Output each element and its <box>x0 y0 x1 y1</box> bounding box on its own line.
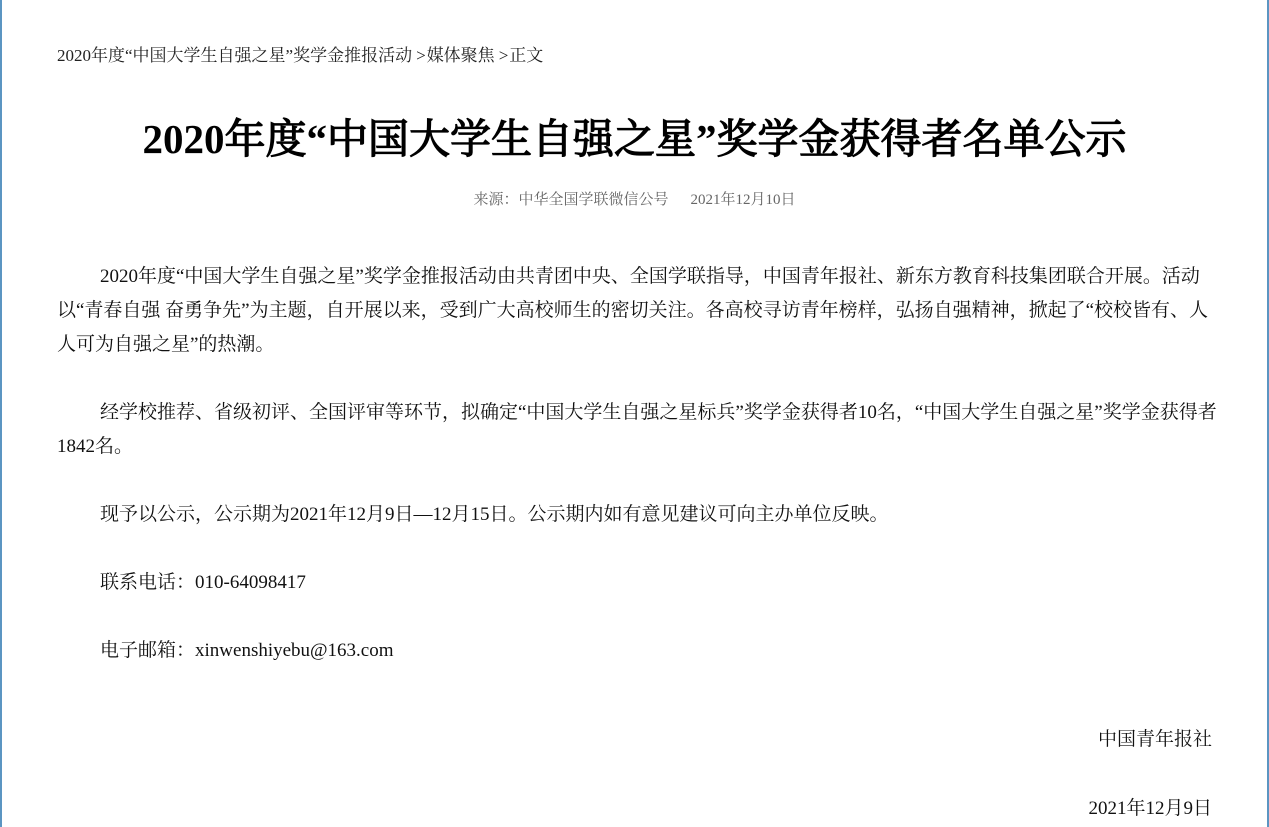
signature-date: 2021年12月9日 <box>1088 793 1212 820</box>
breadcrumb-item-current: 正文 <box>509 46 543 65</box>
breadcrumb: 2020年度“中国大学生自强之星”奖学金推报活动>媒体聚焦>正文 <box>57 41 543 66</box>
publish-date: 2021年12月10日 <box>691 192 796 208</box>
article-body: 2020年度“中国大学生自强之星”奖学金推报活动由共青团中央、全国学联指导，中国… <box>57 260 1217 702</box>
article-meta: 来源：中华全国学联微信公号2021年12月10日 <box>0 188 1269 209</box>
breadcrumb-item-activity[interactable]: 2020年度“中国大学生自强之星”奖学金推报活动 <box>57 46 412 65</box>
contact-email: 电子邮箱：xinwenshiyebu@163.com <box>57 634 1217 668</box>
paragraph-recipients: 经学校推荐、省级初评、全国评审等环节，拟确定“中国大学生自强之星标兵”奖学金获得… <box>57 396 1217 464</box>
phone-value: 010-64098417 <box>195 572 306 593</box>
breadcrumb-separator: > <box>499 46 509 65</box>
breadcrumb-separator: > <box>416 46 426 65</box>
paragraph-notice-period: 现予以公示，公示期为2021年12月9日—12月15日。公示期内如有意见建议可向… <box>57 498 1217 532</box>
paragraph-intro: 2020年度“中国大学生自强之星”奖学金推报活动由共青团中央、全国学联指导，中国… <box>57 260 1217 362</box>
contact-phone: 联系电话：010-64098417 <box>57 566 1217 600</box>
email-label: 电子邮箱： <box>100 640 195 661</box>
article-title: 2020年度“中国大学生自强之星”奖学金获得者名单公示 <box>0 106 1269 165</box>
email-value: xinwenshiyebu@163.com <box>195 640 394 661</box>
source-label: 来源： <box>473 192 518 208</box>
signature-org: 中国青年报社 <box>1098 724 1212 751</box>
breadcrumb-item-media-focus[interactable]: 媒体聚焦 <box>427 46 495 65</box>
source-name: 中华全国学联微信公号 <box>518 192 668 208</box>
phone-label: 联系电话： <box>100 572 195 593</box>
